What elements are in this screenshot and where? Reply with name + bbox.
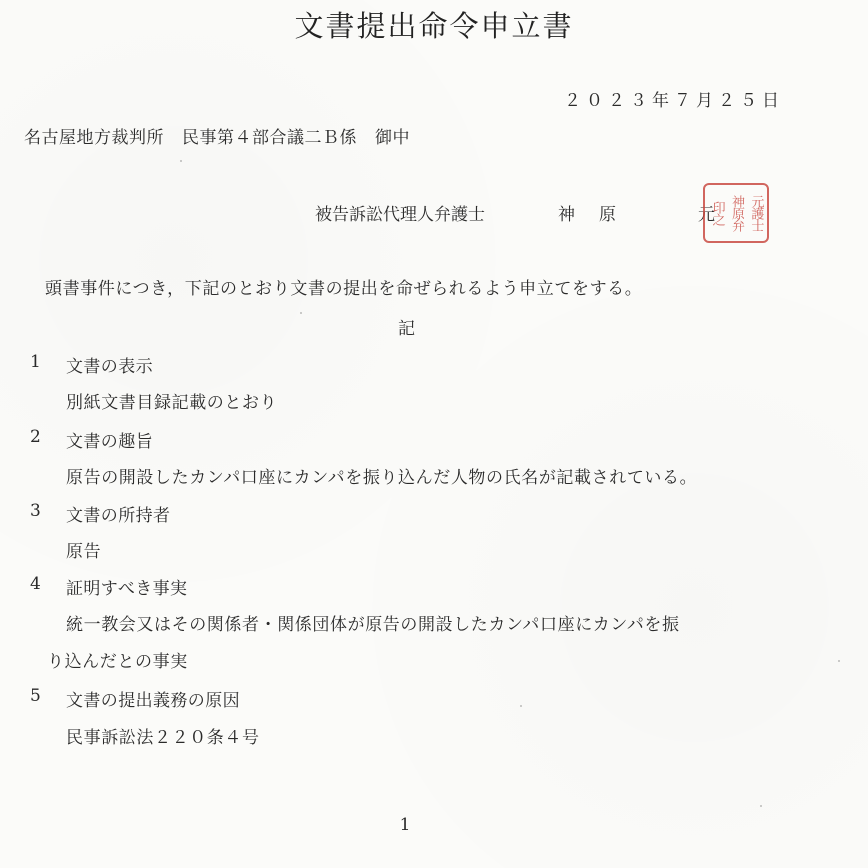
ki-heading: 記 <box>398 314 415 339</box>
scan-speck <box>520 705 522 707</box>
item-body: 原告の開設したカンパ口座にカンパを振り込んだ人物の氏名が記載されている。 <box>66 463 697 488</box>
intro-paragraph: 頭書事件につき，下記のとおり文書の提出を命ぜられるよう申立てをする。 <box>45 274 642 299</box>
scan-speck <box>760 805 762 807</box>
seal-column: 元護士 <box>748 195 762 231</box>
addressee: 名古屋地方裁判所民事第４部合議二Ｂ係御中 <box>24 123 410 148</box>
item-body: 統一教会又はその関係者・関係団体が原告の開設したカンパ口座にカンパを振 <box>66 610 680 635</box>
item-number: 3 <box>30 501 41 521</box>
scan-speck <box>300 312 302 314</box>
item-number: 1 <box>30 352 41 372</box>
item-heading: 文書の表示 <box>66 352 153 377</box>
seal-stamp-icon: 印之 神原弁 元護士 <box>703 183 769 243</box>
scan-speck <box>180 160 182 162</box>
page-number: 1 <box>0 815 810 835</box>
item-heading: 文書の趣旨 <box>66 427 153 452</box>
court-division: 民事第４部合議二Ｂ係 <box>182 128 357 148</box>
filing-date: ２０２３年７月２５日 <box>564 86 784 111</box>
item-body: 別紙文書目録記載のとおり <box>66 388 277 413</box>
item-body: 原告 <box>66 537 101 562</box>
item-heading: 証明すべき事実 <box>66 574 187 599</box>
addressee-honorific: 御中 <box>375 128 410 148</box>
document-page: 文書提出命令申立書 ２０２３年７月２５日 名古屋地方裁判所民事第４部合議二Ｂ係御… <box>0 0 868 868</box>
item-body-continuation: り込んだとの事実 <box>47 647 188 672</box>
court-name: 名古屋地方裁判所 <box>24 128 164 148</box>
seal-column: 印之 <box>710 201 724 225</box>
item-number: 4 <box>30 574 41 594</box>
item-number: 5 <box>30 686 41 706</box>
item-heading: 文書の提出義務の原因 <box>66 686 240 711</box>
item-number: 2 <box>30 427 41 447</box>
item-heading: 文書の所持者 <box>66 501 170 526</box>
scan-speck <box>838 660 840 662</box>
signer-name: 神原 <box>558 200 640 225</box>
document-title: 文書提出命令申立書 <box>0 4 868 45</box>
seal-column: 神原弁 <box>729 195 743 231</box>
signer-role: 被告訴訟代理人弁護士 <box>315 200 485 225</box>
item-body: 民事訴訟法２２０条４号 <box>66 723 260 748</box>
